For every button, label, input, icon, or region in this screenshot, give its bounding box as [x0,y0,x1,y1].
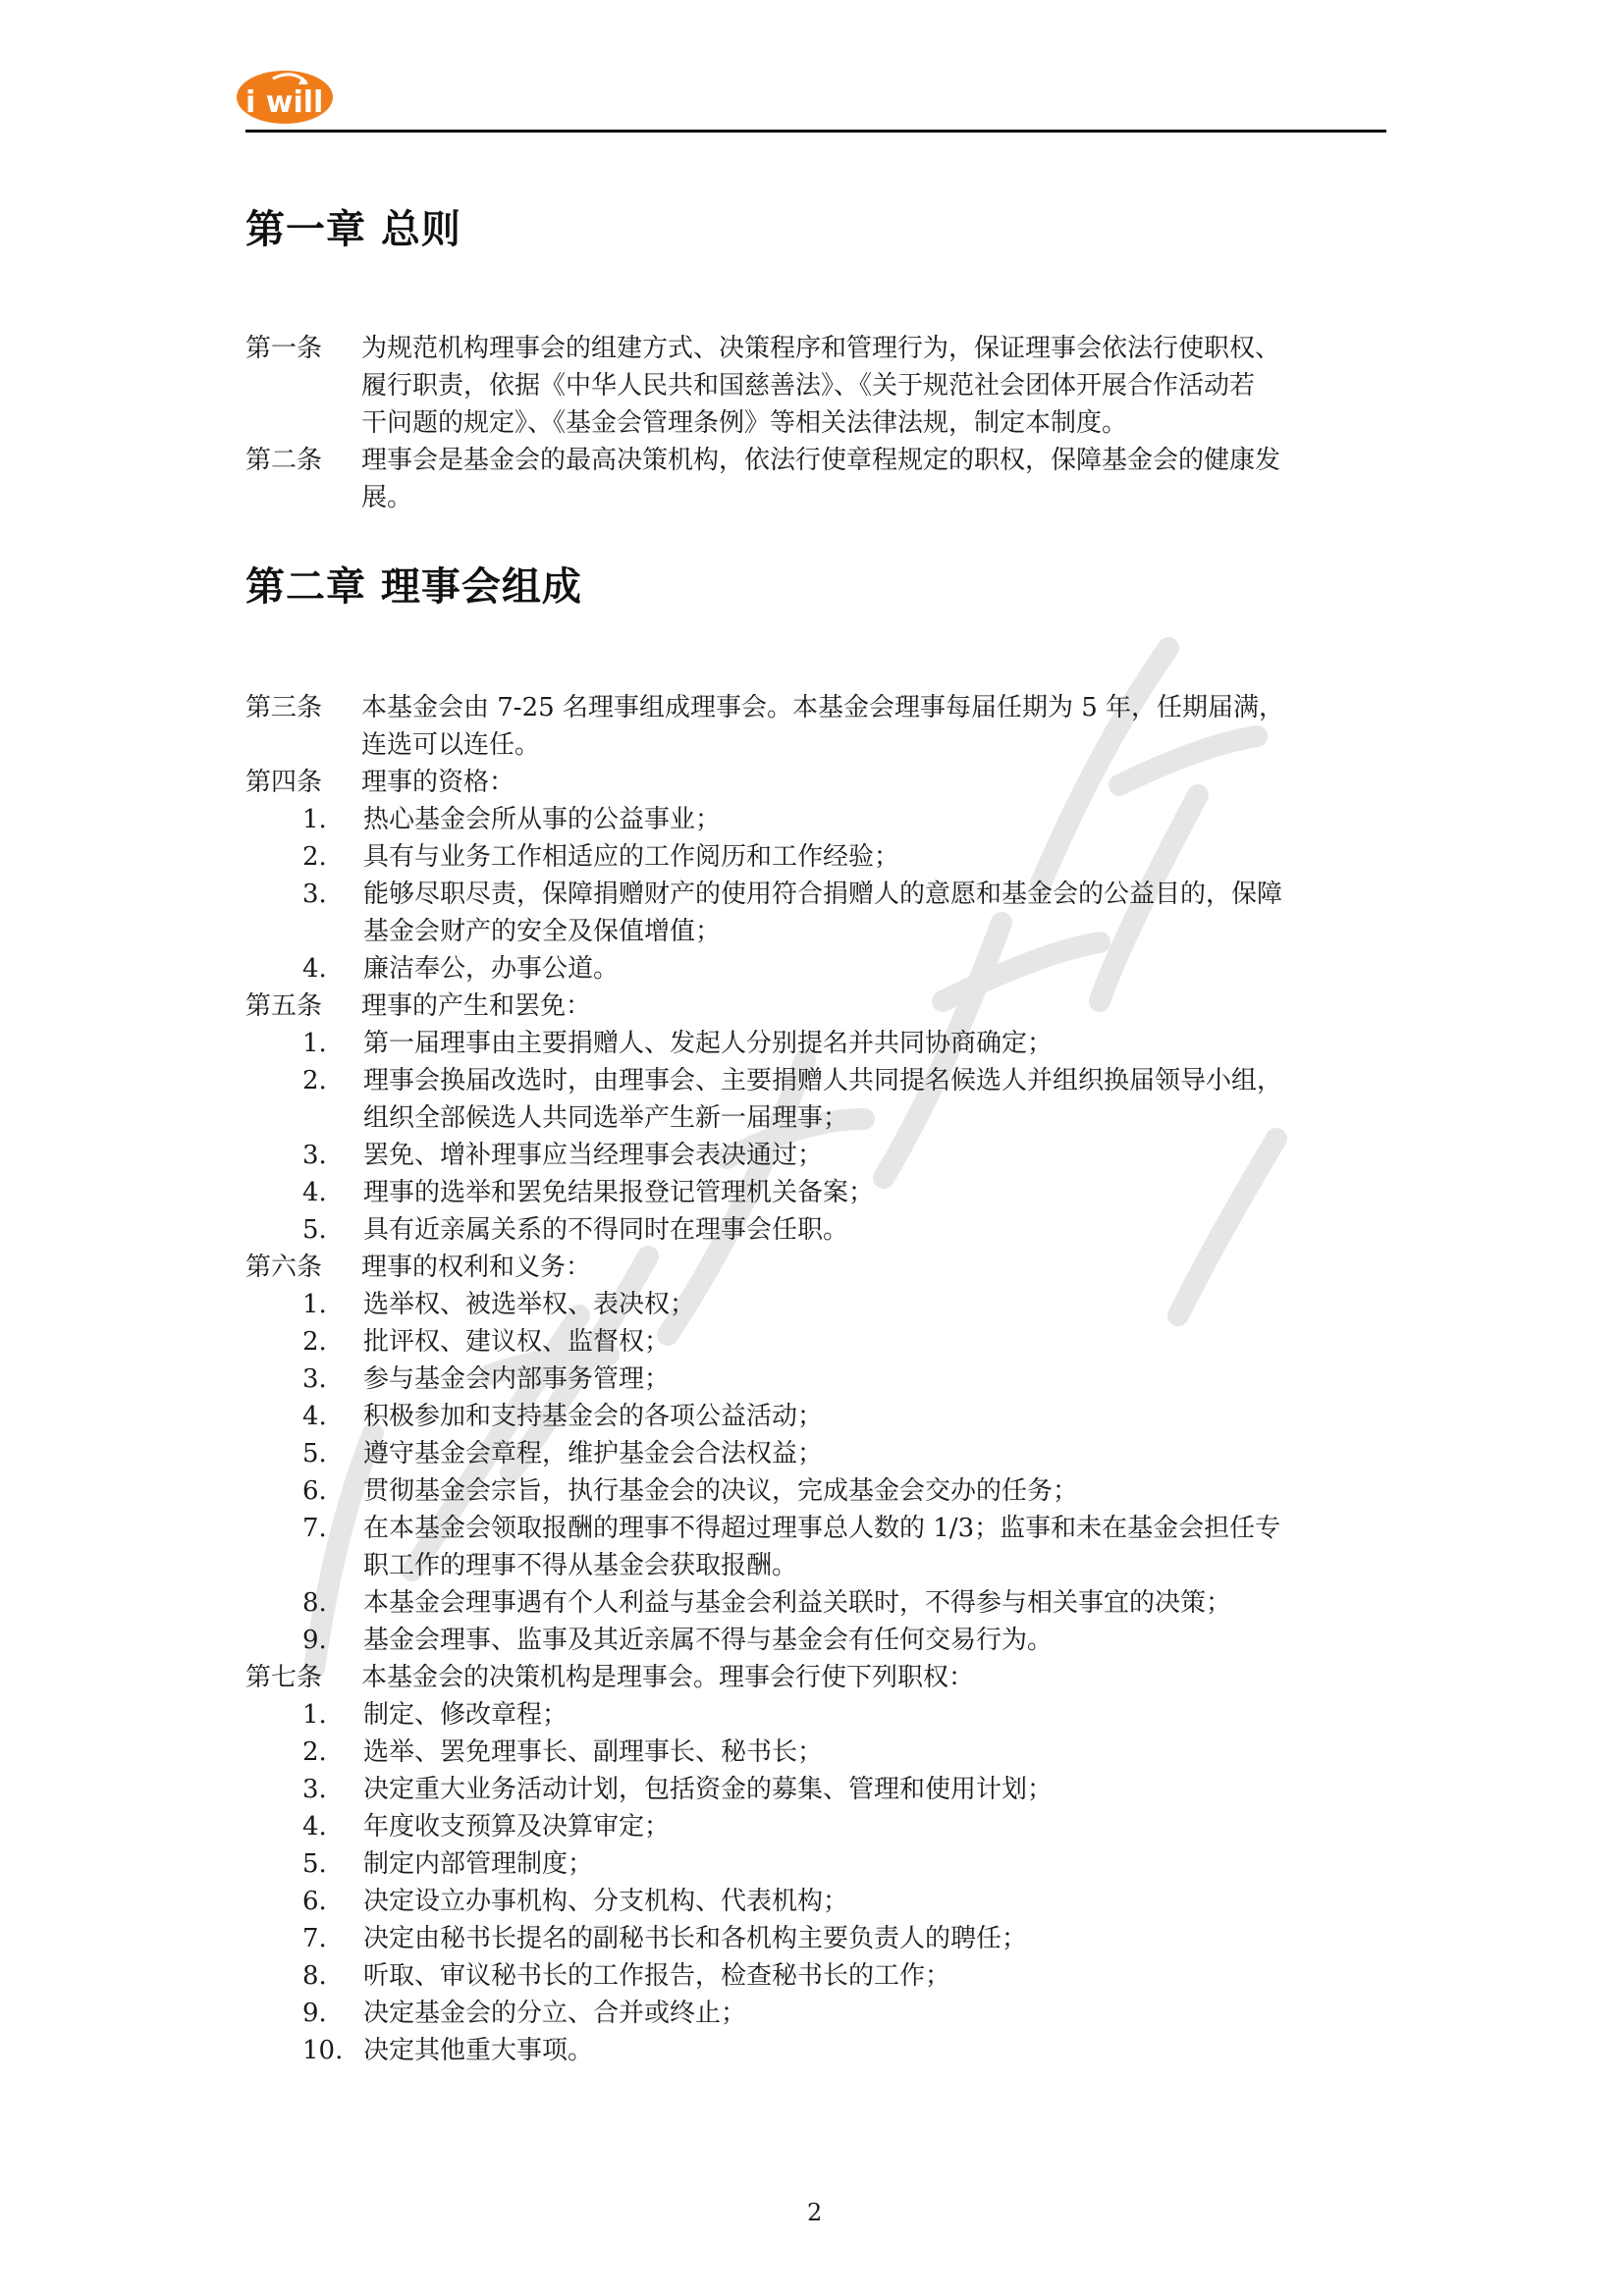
list-item: 廉洁奉公，办事公道。 [363,950,619,988]
list-item: 决定重大业务活动计划，包括资金的募集、管理和使用计划； [363,1771,1053,1808]
article-label: 第四条 [245,764,322,801]
list-number: 4. [302,950,327,988]
article-label: 第七条 [245,1659,322,1696]
article-text: 连选可以连任。 [361,726,540,764]
list-item: 选举权、被选举权、表决权； [363,1286,695,1323]
article-text: 展。 [361,479,412,516]
list-number: 5. [302,1211,327,1249]
list-item: 基金会财产的安全及保值增值； [363,913,721,950]
list-number: 7. [302,1510,327,1547]
svg-text:i will: i will [245,85,323,120]
article-label: 第一条 [245,330,322,367]
list-item: 在本基金会领取报酬的理事不得超过理事总人数的 1/3；监事和未在基金会担任专 [363,1510,1280,1547]
list-number: 5. [302,1845,327,1883]
list-item: 组织全部候选人共同选举产生新一届理事； [363,1099,848,1137]
list-number: 1. [302,1025,327,1062]
list-number: 8. [302,1584,327,1622]
list-number: 9. [302,1995,327,2032]
list-item: 本基金会理事遇有个人利益与基金会利益关联时，不得参与相关事宜的决策； [363,1584,1231,1622]
article-text: 履行职责，依据《中华人民共和国慈善法》、《关于规范社会团体开展合作活动若 [361,367,1255,404]
list-number: 6. [302,1883,327,1920]
list-item: 第一届理事由主要捐赠人、发起人分别提名并共同协商确定； [363,1025,1053,1062]
list-number: 4. [302,1398,327,1435]
list-number: 2. [302,1323,327,1361]
list-number: 1. [302,1696,327,1734]
document-page: i will 第一章 总则 第一条 为规范机构理事会的组建方式、决策程序和管理行… [0,0,1624,2296]
list-item: 热心基金会所从事的公益事业； [363,801,721,838]
list-item: 决定其他重大事项。 [363,2032,593,2069]
article-label: 第二条 [245,442,322,479]
list-item: 决定设立办事机构、分支机构、代表机构； [363,1883,848,1920]
list-item: 能够尽职尽责，保障捐赠财产的使用符合捐赠人的意愿和基金会的公益目的，保障 [363,876,1282,913]
list-item: 参与基金会内部事务管理； [363,1361,670,1398]
list-number: 2. [302,838,327,876]
list-item: 决定基金会的分立、合并或终止； [363,1995,746,2032]
article-text: 为规范机构理事会的组建方式、决策程序和管理行为，保证理事会依法行使职权、 [361,330,1280,367]
chapter-title: 第一章 总则 [245,198,461,254]
list-item: 年度收支预算及决算审定； [363,1808,670,1845]
list-item: 制定、修改章程； [363,1696,568,1734]
list-number: 8. [302,1957,327,1995]
list-item: 贯彻基金会宗旨，执行基金会的决议，完成基金会交办的任务； [363,1472,1078,1510]
article-text: 理事的产生和罢免： [361,988,591,1025]
list-item: 选举、罢免理事长、副理事长、秘书长； [363,1734,823,1771]
article-text: 理事的资格： [361,764,514,801]
article-text: 干问题的规定》、《基金会管理条例》等相关法律法规，制定本制度。 [361,404,1127,442]
page-number: 2 [807,2199,822,2226]
list-number: 6. [302,1472,327,1510]
list-number: 10. [302,2032,343,2069]
list-number: 9. [302,1622,327,1659]
article-label: 第三条 [245,689,322,726]
list-item: 积极参加和支持基金会的各项公益活动； [363,1398,823,1435]
list-item: 理事会换届改选时，由理事会、主要捐赠人共同提名候选人并组织换届领导小组， [363,1062,1282,1099]
article-label: 第五条 [245,988,322,1025]
list-number: 1. [302,1286,327,1323]
list-item: 决定由秘书长提名的副秘书长和各机构主要负责人的聘任； [363,1920,1027,1957]
list-number: 3. [302,1361,327,1398]
list-item: 罢免、增补理事应当经理事会表决通过； [363,1137,823,1174]
list-number: 3. [302,1137,327,1174]
list-item: 批评权、建议权、监督权； [363,1323,670,1361]
list-item: 具有与业务工作相适应的工作阅历和工作经验； [363,838,899,876]
chapter-title: 第二章 理事会组成 [245,556,582,612]
list-item: 制定内部管理制度； [363,1845,593,1883]
list-item: 理事的选举和罢免结果报登记管理机关备案； [363,1174,874,1211]
list-number: 4. [302,1808,327,1845]
list-item: 具有近亲属关系的不得同时在理事会任职。 [363,1211,848,1249]
list-item: 职工作的理事不得从基金会获取报酬。 [363,1547,797,1584]
list-number: 5. [302,1435,327,1472]
header-rule [245,130,1386,133]
article-text: 理事的权利和义务： [361,1249,591,1286]
article-text: 本基金会由 7-25 名理事组成理事会。本基金会理事每届任期为 5 年，任期届满… [361,689,1284,726]
list-number: 1. [302,801,327,838]
list-number: 7. [302,1920,327,1957]
list-number: 2. [302,1062,327,1099]
list-number: 4. [302,1174,327,1211]
list-item: 遵守基金会章程，维护基金会合法权益； [363,1435,823,1472]
article-label: 第六条 [245,1249,322,1286]
list-number: 2. [302,1734,327,1771]
article-text: 本基金会的决策机构是理事会。理事会行使下列职权： [361,1659,974,1696]
list-item: 听取、审议秘书长的工作报告，检查秘书长的工作； [363,1957,950,1995]
list-number: 3. [302,876,327,913]
article-text: 理事会是基金会的最高决策机构，依法行使章程规定的职权，保障基金会的健康发 [361,442,1280,479]
list-number: 3. [302,1771,327,1808]
list-item: 基金会理事、监事及其近亲属不得与基金会有任何交易行为。 [363,1622,1053,1659]
iwill-logo-icon: i will [236,65,336,126]
